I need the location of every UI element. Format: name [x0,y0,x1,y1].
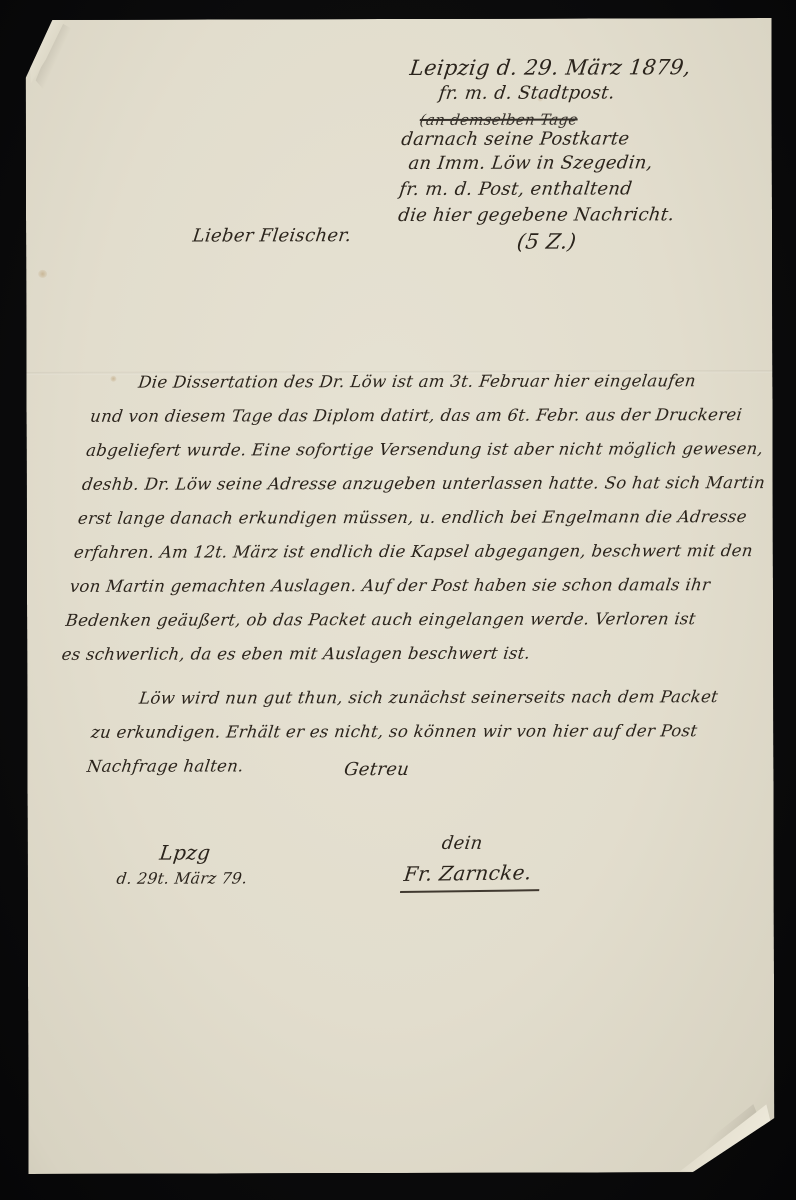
annotation-date-line: Leipzig d. 29. März 1879, [408,54,763,81]
body-line: abgeliefert wurde. Eine sofortige Versen… [84,432,736,468]
signature: Fr. Zarncke. [400,857,543,893]
footer-place: Lpzg [99,839,272,865]
body-line: von Martin gemachten Auslagen. Auf der P… [68,568,720,604]
fold-shadow-bottom-right [672,1104,764,1168]
body-line: Die Dissertation des Dr. Löw ist am 3t. … [92,364,744,400]
footer-date: d. 29t. März 79. [95,865,268,891]
annotation-line: die hier gegebene Nachricht. [391,202,746,229]
annotation-line: fr. m. d. Post, enthaltend [394,176,749,203]
signature-intro: dein [400,828,634,859]
body-line: Löw wird nun gut thun, sich zunächst sei… [93,680,745,716]
body-line: erfahren. Am 12t. März ist endlich die K… [72,534,724,570]
letter-page: Leipzig d. 29. März 1879, fr. m. d. Stad… [25,18,774,1174]
body-line: erst lange danach erkundigen müssen, u. … [76,500,728,536]
body-line: Bedenken geäußert, ob das Packet auch ei… [64,602,716,638]
paragraph: Die Dissertation des Dr. Löw ist am 3t. … [60,364,745,672]
closing-formula: Getreu [343,759,410,780]
footer-date-note: Lpzg d. 29t. März 79. [95,839,271,891]
letter-body: Die Dissertation des Dr. Löw ist am 3t. … [96,364,745,784]
signature-block: dein Fr. Zarncke. [404,828,634,893]
paragraph: Löw wird nun gut thun, sich zunächst sei… [85,680,745,784]
foxing-spot [38,270,47,278]
annotation-line-count: (5 Z.) [388,228,743,255]
annotation-line: fr. m. d. Stadtpost. [405,80,760,107]
body-line: Nachfrage halten. [85,748,737,784]
annotation-line-struck: (an demselben Tage [403,110,757,129]
salutation: Lieber Fleischer. [192,225,353,246]
annotation-line: darnach seine Postkarte [400,128,755,151]
body-line: zu erkundigen. Erhält er es nicht, so kö… [89,714,741,750]
body-line: deshb. Dr. Löw seine Adresse anzugeben u… [80,466,732,502]
body-line: und von diesem Tage das Diplom datirt, d… [88,398,740,434]
annotation-line: an Imm. Löw in Szegedin, [397,150,752,177]
body-line: es schwerlich, da es eben mit Auslagen b… [60,636,712,672]
photo-backdrop: Leipzig d. 29. März 1879, fr. m. d. Stad… [0,0,796,1200]
postal-annotation: Leipzig d. 29. März 1879, fr. m. d. Stad… [388,54,764,255]
